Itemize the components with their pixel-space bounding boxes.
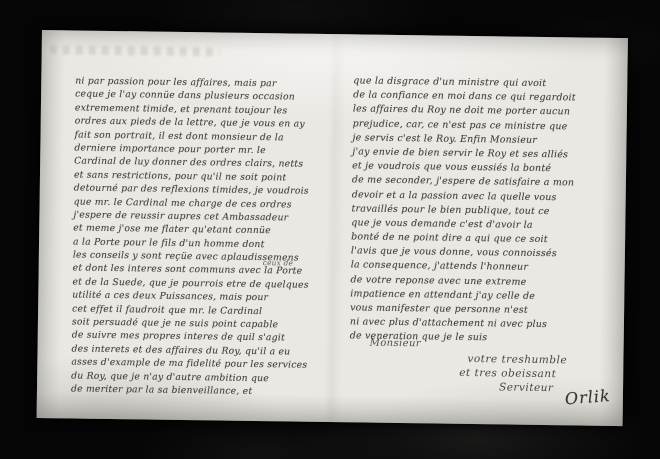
closing-line: votre treshumble: [467, 352, 567, 367]
interline-insertion-note: ceux de: [263, 258, 293, 267]
signature-orlik: Orlik: [564, 386, 611, 408]
letter-right-page: que la disgrace d'un ministre qui avoitd…: [350, 74, 636, 347]
handwritten-line: de meriter par la sa bienveillance, et: [71, 382, 343, 399]
closing-salutation: Monsieur: [370, 338, 422, 350]
photograph-background: ni par passion pour les affaires, mais p…: [0, 0, 660, 459]
closing-line: et tres obeissant: [459, 366, 567, 382]
letter-left-page: ni par passion pour les affaires, mais p…: [71, 74, 347, 399]
letter-paper: ni par passion pour les affaires, mais p…: [37, 30, 628, 426]
closing-block: votre treshumbleet tres obeissantServite…: [459, 352, 567, 395]
closing-line: Serviteur: [499, 380, 567, 395]
faded-ink-smudge: [50, 45, 220, 56]
